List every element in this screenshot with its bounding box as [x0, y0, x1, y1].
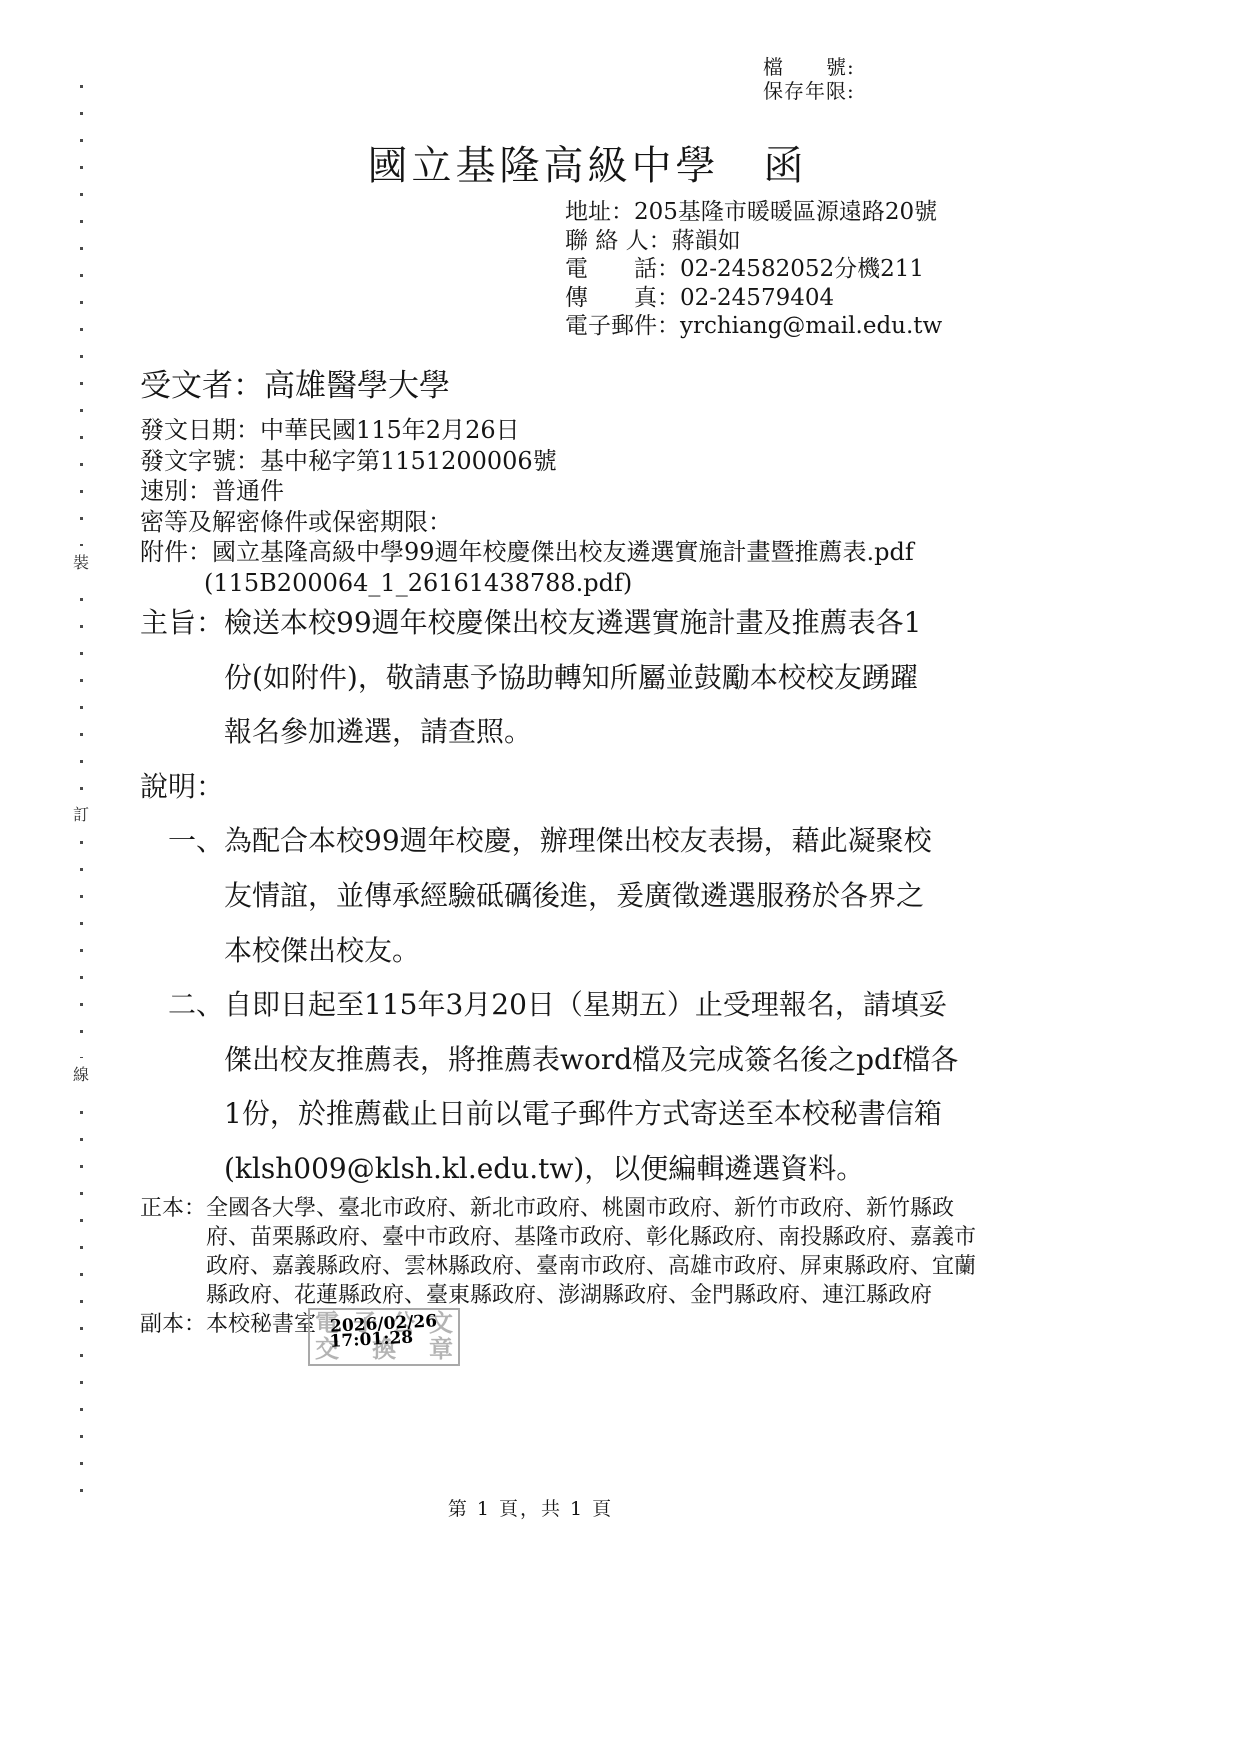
letter-body: 主旨：檢送本校99週年校慶傑出校友遴選實施計畫及推薦表各1 份(如附件)，敬請惠… [140, 596, 958, 1197]
file-header: 檔 號: 保存年限: [763, 55, 855, 103]
subject-line: 份(如附件)，敬請惠予協助轉知所屬並鼓勵本校校友踴躍 [224, 651, 958, 706]
retention-label: 保存年限: [763, 79, 855, 103]
binding-dotted-line [80, 85, 83, 1500]
distribution-block: 正本：全國各大學、臺北市政府、新北市政府、桃園市政府、新竹市政府、新竹縣政 府、… [140, 1194, 976, 1339]
sender-contact-block: 地址：205基隆市暖暖區源遠路20號 聯 絡 人：蔣韻如 電 話：02-2458… [565, 198, 942, 341]
security-class: 密等及解密條件或保密期限： [140, 507, 914, 538]
official-letter-page: 裝 訂 線 檔 號: 保存年限: 國立基隆高級中學 函 地址：205基隆市暖暖區… [0, 0, 1241, 1754]
explanation-item-1-line: 友情誼，並傳承經驗砥礪後進，爰廣徵遴選服務於各界之 [224, 869, 958, 924]
explanation-label: 說明： [140, 760, 958, 815]
issue-number: 發文字號：基中秘字第1151200006號 [140, 446, 914, 477]
speed-class: 速別：普通件 [140, 476, 914, 507]
page-title: 國立基隆高級中學 函 [0, 134, 1175, 191]
original-copy-line: 政府、嘉義縣政府、雲林縣政府、臺南市政府、高雄市政府、屏東縣政府、宜蘭 [206, 1252, 976, 1281]
electronic-exchange-stamp: 電子公文 交換章 2026/02/26 17:01:28 [308, 1308, 460, 1366]
recipient-line: 受文者：高雄醫學大學 [140, 360, 450, 405]
explanation-item-2-line: 傑出校友推薦表，將推薦表word檔及完成簽名後之pdf檔各 [224, 1033, 958, 1088]
binding-mark-xian: 線 [66, 1058, 96, 1089]
binding-mark-zhuang: 裝 [66, 546, 96, 577]
explanation-item-1-line: 本校傑出校友。 [224, 924, 958, 979]
original-copy-line: 正本：全國各大學、臺北市政府、新北市政府、桃園市政府、新竹市政府、新竹縣政 [140, 1194, 976, 1223]
sender-email: 電子郵件：yrchiang@mail.edu.tw [565, 312, 942, 341]
attachment-title: 附件：國立基隆高級中學99週年校慶傑出校友遴選實施計畫暨推薦表.pdf [140, 537, 914, 568]
sender-fax: 傳 真：02-24579404 [565, 284, 942, 313]
sender-address: 地址：205基隆市暖暖區源遠路20號 [565, 198, 942, 227]
sender-phone: 電 話：02-24582052分機211 [565, 255, 942, 284]
issue-date: 發文日期：中華民國115年2月26日 [140, 415, 914, 446]
explanation-item-2-line: (klsh009@klsh.kl.edu.tw)，以便編輯遴選資料。 [224, 1142, 958, 1197]
sender-contact-person: 聯 絡 人：蔣韻如 [565, 227, 942, 256]
original-copy-line: 府、苗栗縣政府、臺中市政府、基隆市政府、彰化縣政府、南投縣政府、嘉義市 [206, 1223, 976, 1252]
binding-mark-ding: 訂 [66, 798, 96, 829]
carbon-copy-line: 副本：本校秘書室 [140, 1310, 976, 1339]
subject-line: 報名參加遴選，請查照。 [224, 705, 958, 760]
explanation-item-2-line: 二、自即日起至115年3月20日（星期五）止受理報名，請填妥 [168, 978, 958, 1033]
page-number-footer: 第 1 頁，共 1 頁 [0, 1494, 1061, 1521]
explanation-item-2-line: 1份，於推薦截止日前以電子郵件方式寄送至本校秘書信箱 [224, 1087, 958, 1142]
attachment-filename: (115B200064_1_26161438788.pdf) [204, 568, 914, 599]
document-meta-block: 發文日期：中華民國115年2月26日 發文字號：基中秘字第1151200006號… [140, 415, 914, 598]
file-no-label: 檔 號: [763, 55, 855, 79]
explanation-item-1-line: 一、為配合本校99週年校慶，辦理傑出校友表揚，藉此凝聚校 [168, 814, 958, 869]
subject-line: 主旨：檢送本校99週年校慶傑出校友遴選實施計畫及推薦表各1 [140, 596, 958, 651]
original-copy-line: 縣政府、花蓮縣政府、臺東縣政府、澎湖縣政府、金門縣政府、連江縣政府 [206, 1281, 976, 1310]
